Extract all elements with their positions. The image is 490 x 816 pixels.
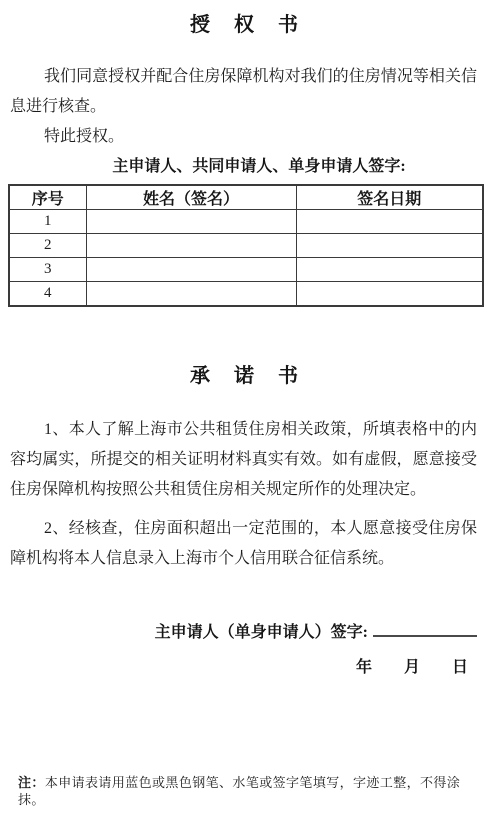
name-sign-cell <box>86 282 296 306</box>
signature-table: 序号 姓名（签名） 签名日期 1 2 3 4 <box>8 184 484 307</box>
name-sign-cell <box>86 234 296 258</box>
commitment-title: 承 诺 书 <box>0 364 490 388</box>
authorization-title: 授 权 书 <box>0 13 490 37</box>
column-header-no: 序号 <box>9 185 86 210</box>
row-number: 4 <box>9 282 86 306</box>
column-header-date: 签名日期 <box>296 185 483 210</box>
row-number: 2 <box>9 234 86 258</box>
table-row: 2 <box>9 234 483 258</box>
name-sign-cell <box>86 258 296 282</box>
name-sign-cell <box>86 210 296 234</box>
signature-label: 主申请人（单身申请人）签字: <box>155 624 368 641</box>
footnote: 注：本申请表请用蓝色或黑色钢笔、水笔或签字笔填写，字迹工整，不得涂抹。 <box>18 774 482 808</box>
row-number: 3 <box>9 258 86 282</box>
sign-date-cell <box>296 258 483 282</box>
authorization-paragraph-1: 我们同意授权并配合住房保障机构对我们的住房情况等相关信息进行核查。 <box>10 62 477 122</box>
commitment-paragraph-1: 1、本人了解上海市公共租赁住房相关政策，所填表格中的内容均属实，所提交的相关证明… <box>10 415 477 505</box>
authorization-paragraph-2: 特此授权。 <box>10 122 477 152</box>
row-number: 1 <box>9 210 86 234</box>
table-row: 4 <box>9 282 483 306</box>
table-row: 3 <box>9 258 483 282</box>
signature-blank-line <box>373 622 477 637</box>
table-row: 1 <box>9 210 483 234</box>
main-applicant-signature-line: 主申请人（单身申请人）签字: <box>0 621 490 645</box>
sign-date-cell <box>296 234 483 258</box>
date-line: 年 月 日 <box>0 658 490 678</box>
document-page: 授 权 书 我们同意授权并配合住房保障机构对我们的住房情况等相关信息进行核查。 … <box>0 0 490 816</box>
signers-prompt: 主申请人、共同申请人、单身申请人签字: <box>0 152 490 182</box>
column-header-name: 姓名（签名） <box>86 185 296 210</box>
sign-date-cell <box>296 210 483 234</box>
footnote-prefix: 注： <box>18 775 45 790</box>
commitment-paragraph-2: 2、经核查，住房面积超出一定范围的，本人愿意接受住房保障机构将本人信息录入上海市… <box>10 514 477 574</box>
table-header-row: 序号 姓名（签名） 签名日期 <box>9 185 483 210</box>
footnote-text: 本申请表请用蓝色或黑色钢笔、水笔或签字笔填写，字迹工整，不得涂抹。 <box>18 775 460 807</box>
sign-date-cell <box>296 282 483 306</box>
